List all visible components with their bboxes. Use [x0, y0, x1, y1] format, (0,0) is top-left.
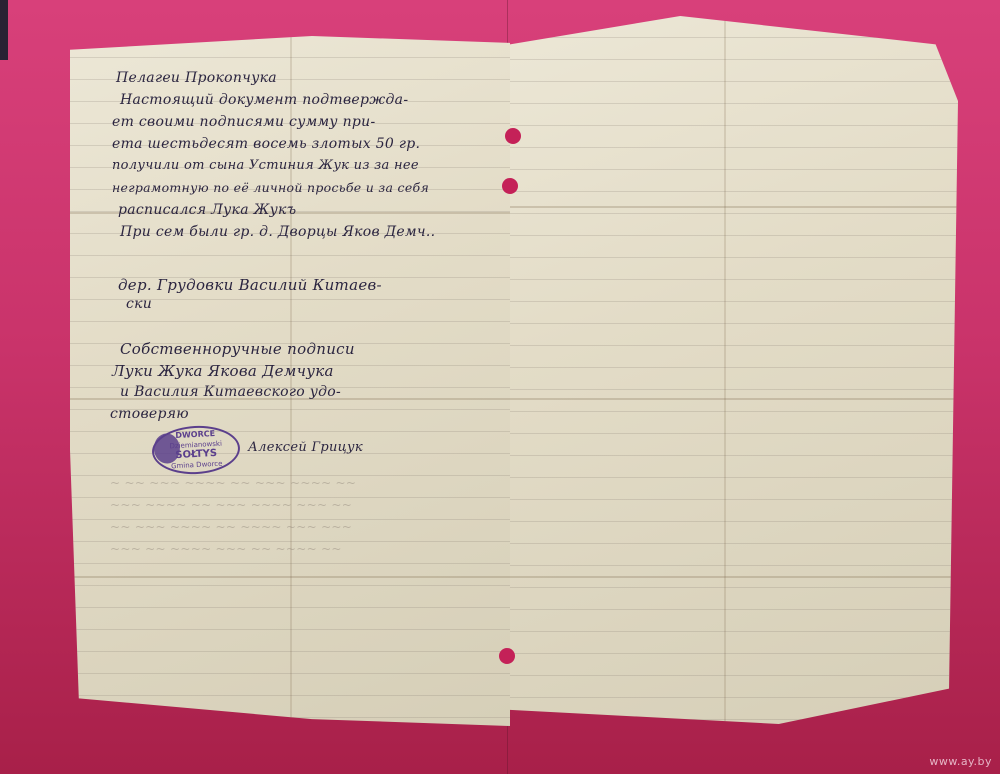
punch-hole	[502, 178, 518, 194]
text-line: дер. Грудовки Василий Китаев-	[118, 276, 382, 294]
letter-right-page	[510, 16, 958, 724]
watermark: www.ay.by	[929, 755, 992, 768]
text-line: ет своими подписями сумму при-	[112, 114, 376, 130]
ruled-lines	[510, 16, 958, 724]
text-line: При сем были гр. д. Дворцы Яков Демч..	[120, 224, 435, 240]
text-line: стоверяю	[110, 406, 189, 422]
letter-left-page: Пелагеи Прокопчука Настоящий документ по…	[70, 36, 510, 726]
text-line: Собственноручные подписи	[120, 340, 355, 358]
text-line: Настоящий документ подтвержда-	[120, 92, 408, 108]
signature: Алексей Грицук	[248, 440, 363, 455]
text-line: ета шестьдесят восемь злотых 50 гр.	[112, 136, 420, 152]
fold-line	[510, 206, 958, 208]
background-edge	[0, 0, 8, 60]
fold-line	[724, 16, 726, 724]
punch-hole	[505, 128, 521, 144]
text-line: ски	[126, 296, 152, 312]
fold-line	[510, 576, 958, 578]
fold-line	[510, 398, 958, 400]
text-line: расписался Лука Жукъ	[118, 202, 296, 218]
punch-hole	[499, 648, 515, 664]
bleed-through-text: ~~ ~~~ ~~~~ ~~ ~~~~ ~~~ ~~~	[110, 520, 352, 534]
bleed-through-text: ~~~ ~~ ~~~~ ~~~ ~~ ~~~~ ~~	[110, 542, 342, 556]
text-line: Луки Жука Якова Демчука	[112, 362, 334, 380]
bleed-through-text: ~ ~~ ~~~ ~~~~ ~~ ~~~ ~~~~ ~~	[110, 476, 356, 490]
bleed-through-text: ~~~ ~~~~ ~~ ~~~ ~~~~ ~~~ ~~	[110, 498, 352, 512]
text-line: Пелагеи Прокопчука	[116, 70, 277, 86]
text-line: и Василия Китаевского удо-	[120, 384, 341, 400]
text-line: получили от сына Устиния Жук из за нее	[112, 158, 419, 173]
text-line: неграмотную по её личной просьбе и за се…	[112, 180, 429, 195]
